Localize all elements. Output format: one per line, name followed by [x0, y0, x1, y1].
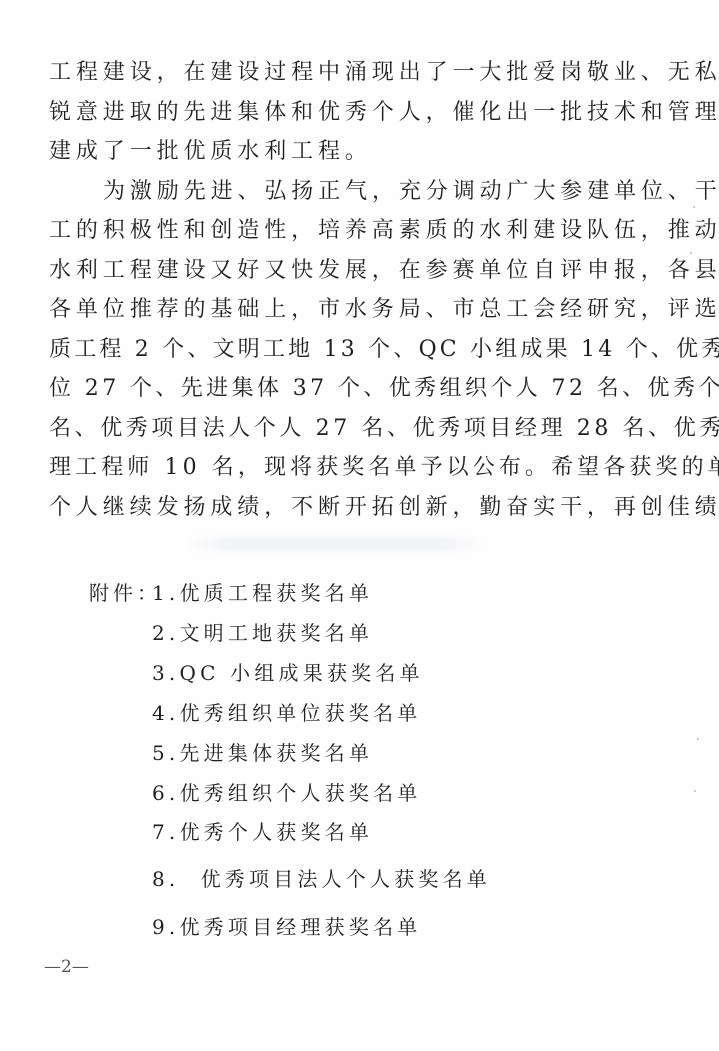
text-line: 质工程 2 个、文明工地 13 个、QC 小组成果 14 个、优秀组织单: [49, 336, 719, 364]
attachment-item: 3.QC 小组成果获奖名单: [152, 660, 424, 686]
attachment-item: 2.文明工地获奖名单: [152, 620, 373, 646]
text-line: 锐意进取的先进集体和优秀个人，催化出一批技术和管理创新，: [49, 99, 719, 127]
scan-speck: [693, 206, 695, 208]
attachment-item: 4.优秀组织单位获奖名单: [152, 700, 421, 726]
scan-speck: [697, 738, 699, 740]
text-line: 各单位推荐的基础上，市水务局、市总工会经研究，评选出优: [49, 296, 719, 324]
attachment-item: 8. 优秀项目法人个人获奖名单: [152, 866, 491, 892]
text-line: 工程建设，在建设过程中涌现出了一大批爱岗敬业、无私奉献、: [49, 59, 719, 87]
text-line: 名、优秀项目法人个人 27 名、优秀项目经理 28 名、优秀总监: [49, 415, 719, 443]
attachment-item: 1.优质工程获奖名单: [152, 580, 373, 606]
text-line: 为激励先进、弘扬正气，充分调动广大参建单位、干部职: [103, 178, 719, 206]
document-page: 工程建设，在建设过程中涌现出了一大批爱岗敬业、无私奉献、 锐意进取的先进集体和优…: [0, 0, 719, 1051]
attachment-item: 5.先进集体获奖名单: [152, 740, 373, 766]
page-number: —2—: [44, 956, 89, 978]
text-line: 建成了一批优质水利工程。: [49, 138, 372, 166]
scan-speck: [694, 790, 696, 792]
text-line: 工的积极性和创造性，培养高素质的水利建设队伍，推动重点: [49, 217, 719, 245]
scan-bleed-through: [185, 537, 485, 551]
text-line: 理工程师 10 名，现将获奖名单予以公布。希望各获奖的单位和: [49, 454, 719, 482]
scan-speck: [690, 252, 692, 254]
text-line: 水利工程建设又好又快发展，在参赛单位自评申报，各县区、: [49, 257, 719, 285]
attachment-item: 9.优秀项目经理获奖名单: [152, 914, 421, 940]
text-line: 个人继续发扬成绩，不断开拓创新，勤奋实干，再创佳绩。: [49, 494, 719, 522]
text-line: 位 27 个、先进集体 37 个、优秀组织个人 72 名、优秀个人 146: [49, 375, 719, 403]
attachments-label: 附件：: [89, 580, 161, 606]
attachment-item: 7.优秀个人获奖名单: [152, 819, 373, 845]
attachment-item: 6.优秀组织个人获奖名单: [152, 780, 421, 806]
